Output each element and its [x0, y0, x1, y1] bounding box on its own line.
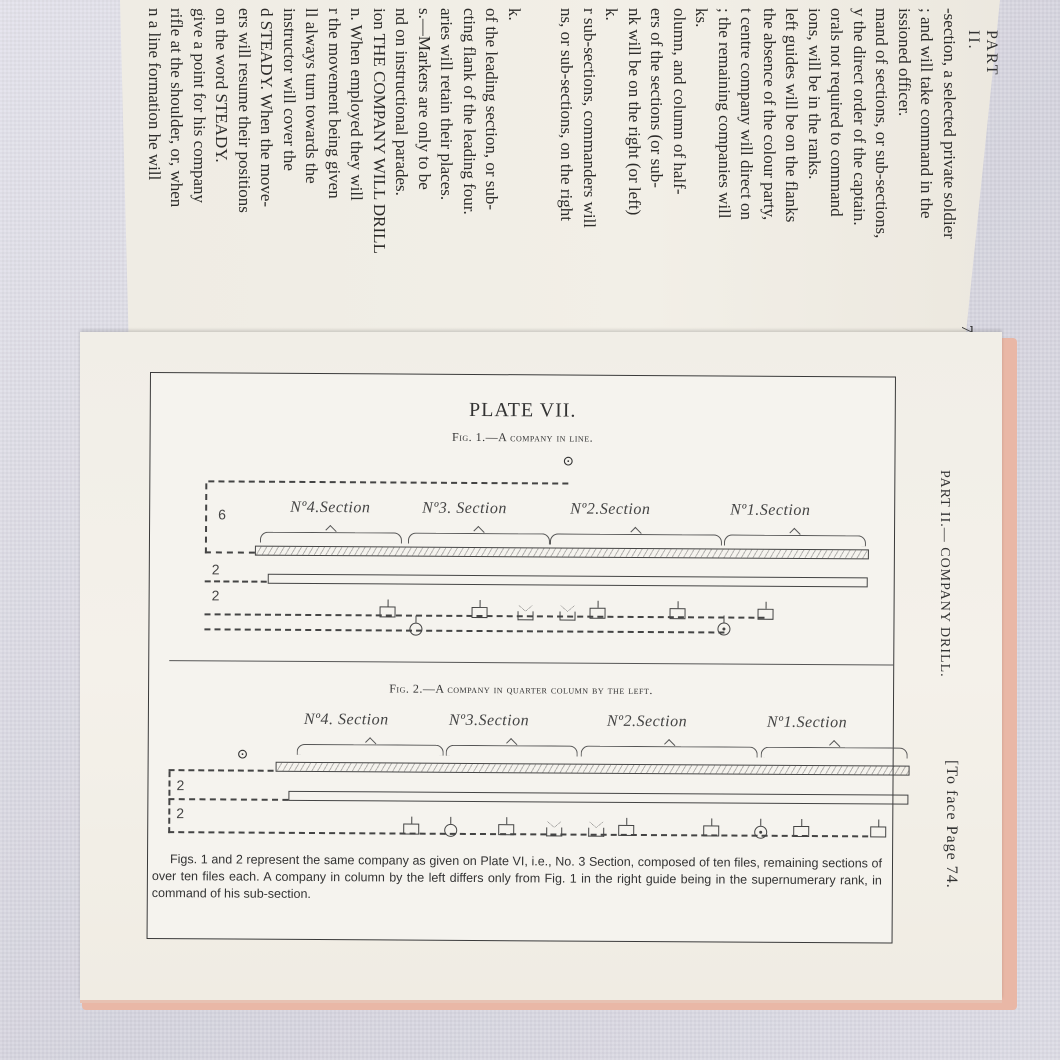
- fig2-caption: Fig. 2.—A company in quarter column by t…: [149, 680, 893, 700]
- section-brace: [550, 533, 722, 545]
- facing-page-note: [To face Page 74.: [942, 760, 960, 889]
- text-line: ion THE COMPANY WILL DRILL: [368, 8, 391, 358]
- section-brace: [761, 747, 908, 759]
- section-brace: [297, 744, 444, 756]
- colour-icon: [559, 612, 575, 621]
- sergeant-icon: [472, 607, 488, 618]
- text-line: ; the remaining companies will: [713, 8, 736, 358]
- text-line: -section, a selected private soldier: [938, 8, 961, 358]
- text-line: r sub-sections, commanders will: [578, 8, 601, 358]
- rank-dash: [168, 798, 288, 801]
- officer-icon: [717, 622, 730, 635]
- rank-dash: [205, 580, 267, 582]
- text-line: ers will resume their positions: [233, 8, 256, 358]
- front-rank: [276, 762, 910, 776]
- text-line: issioned officer.: [893, 8, 916, 358]
- front-rank: [255, 546, 869, 560]
- text-line: left guides will be on the flanks: [780, 8, 803, 358]
- section-label-2: Nº2.Section: [570, 501, 650, 519]
- plate-title: PLATE VII.: [151, 397, 895, 425]
- distance-label: 6: [218, 506, 226, 522]
- sergeant-icon: [757, 609, 773, 620]
- text-line: n a line formation he will: [143, 8, 166, 358]
- distance-label: 2: [212, 561, 220, 577]
- sergeant-icon: [703, 825, 719, 836]
- text-line: r the movement being given: [323, 8, 346, 358]
- text-line: of the leading section, or sub-: [480, 8, 503, 358]
- officer-marker-icon: ⊙: [562, 456, 574, 470]
- text-line: k.: [600, 8, 623, 358]
- text-line: cting flank of the leading four.: [458, 8, 481, 358]
- sergeant-icon: [793, 826, 809, 837]
- text-line: s.—Markers are only to be: [413, 8, 436, 358]
- section-brace: [446, 745, 578, 757]
- sergeant-icon: [669, 608, 685, 619]
- text-line: on the word STEADY.: [210, 8, 233, 358]
- text-line: d STEADY. When the move-: [255, 8, 278, 358]
- side-title: PART II.— COMPANY DRILL.: [936, 470, 952, 678]
- text-line: the absence of the colour party,: [758, 8, 781, 358]
- plate-frame: PLATE VII. Fig. 1.—A company in line. ⊙ …: [147, 372, 896, 944]
- text-line: mand of sections, or sub-sections,: [870, 8, 893, 358]
- running-head: PART II.: [964, 30, 1000, 90]
- sergeant-icon: [618, 825, 634, 836]
- section-brace: [581, 746, 758, 758]
- text-line: nk will be on the right (or left): [623, 8, 646, 358]
- text-line: n. When employed they will: [345, 8, 368, 358]
- section-brace: [260, 532, 402, 544]
- section-brace: [408, 533, 550, 545]
- colour-icon: [546, 827, 562, 836]
- text-line: give a point for his company: [188, 8, 211, 358]
- figure-divider: [169, 660, 893, 665]
- sergeant-icon: [498, 824, 514, 835]
- text-line: ns, or sub-sections, on the right: [555, 8, 578, 358]
- rear-rank: [268, 574, 868, 588]
- rear-rank: [288, 791, 908, 805]
- text-line: ions, will be in the ranks.: [803, 8, 826, 358]
- sergeant-icon: [590, 608, 606, 619]
- officer-marker-icon: ⊙: [237, 749, 249, 763]
- supernumerary-dash: [204, 628, 724, 633]
- colour-icon: [517, 611, 533, 620]
- text-line: ; and will take command in the: [915, 8, 938, 358]
- officer-icon: [444, 824, 457, 837]
- section-brace: [724, 535, 866, 547]
- text-line: k.: [503, 8, 526, 358]
- text-line: olumn, and column of half-: [668, 8, 691, 358]
- fig1-caption: Fig. 1.—A company in line.: [151, 428, 895, 448]
- fig2-v-dash: [168, 771, 170, 833]
- text-line: ll always turn towards the: [300, 8, 323, 358]
- distance-label: 2: [176, 777, 184, 793]
- plate-note: Figs. 1 and 2 represent the same company…: [152, 851, 882, 906]
- officer-icon: [409, 623, 422, 636]
- colour-icon: [588, 828, 604, 837]
- fig1-top-dash: [208, 480, 568, 484]
- section-label-3: Nº3. Section: [422, 500, 507, 519]
- sergeant-icon: [380, 606, 396, 617]
- text-line: t centre company will direct on: [735, 8, 758, 358]
- text-line: ers of the sections (or sub-: [645, 8, 668, 358]
- rank-dash: [205, 551, 255, 553]
- text-line: rifle at the shoulder, or, when: [165, 8, 188, 358]
- officer-icon: [754, 826, 767, 839]
- text-line: y the direct order of the captain.: [848, 8, 871, 358]
- section-label-4: Nº4.Section: [290, 499, 370, 517]
- text-line: nd on instructional parades.: [390, 8, 413, 358]
- section-label-1: Nº1.Section: [767, 714, 847, 732]
- sergeant-icon: [870, 826, 886, 837]
- distance-label: 2: [212, 587, 220, 603]
- fig1-v-dash: [205, 483, 207, 553]
- text-line: instructor will cover the: [278, 8, 301, 358]
- rank-dash: [169, 769, 274, 772]
- sergeant-icon: [403, 824, 419, 835]
- text-line: aries will retain their places.: [435, 8, 458, 358]
- section-label-1: Nº1.Section: [730, 502, 810, 520]
- text-line: orals not required to command: [825, 8, 848, 358]
- distance-label: 2: [176, 805, 184, 821]
- text-column-right: -section, a selected private soldier ; a…: [555, 8, 960, 358]
- section-label-4: Nº4. Section: [304, 711, 389, 730]
- text-column-left: k. of the leading section, or sub- cting…: [143, 8, 526, 358]
- text-line: ks.: [690, 8, 713, 358]
- section-label-3: Nº3.Section: [449, 712, 529, 730]
- section-label-2: Nº2.Section: [607, 713, 687, 731]
